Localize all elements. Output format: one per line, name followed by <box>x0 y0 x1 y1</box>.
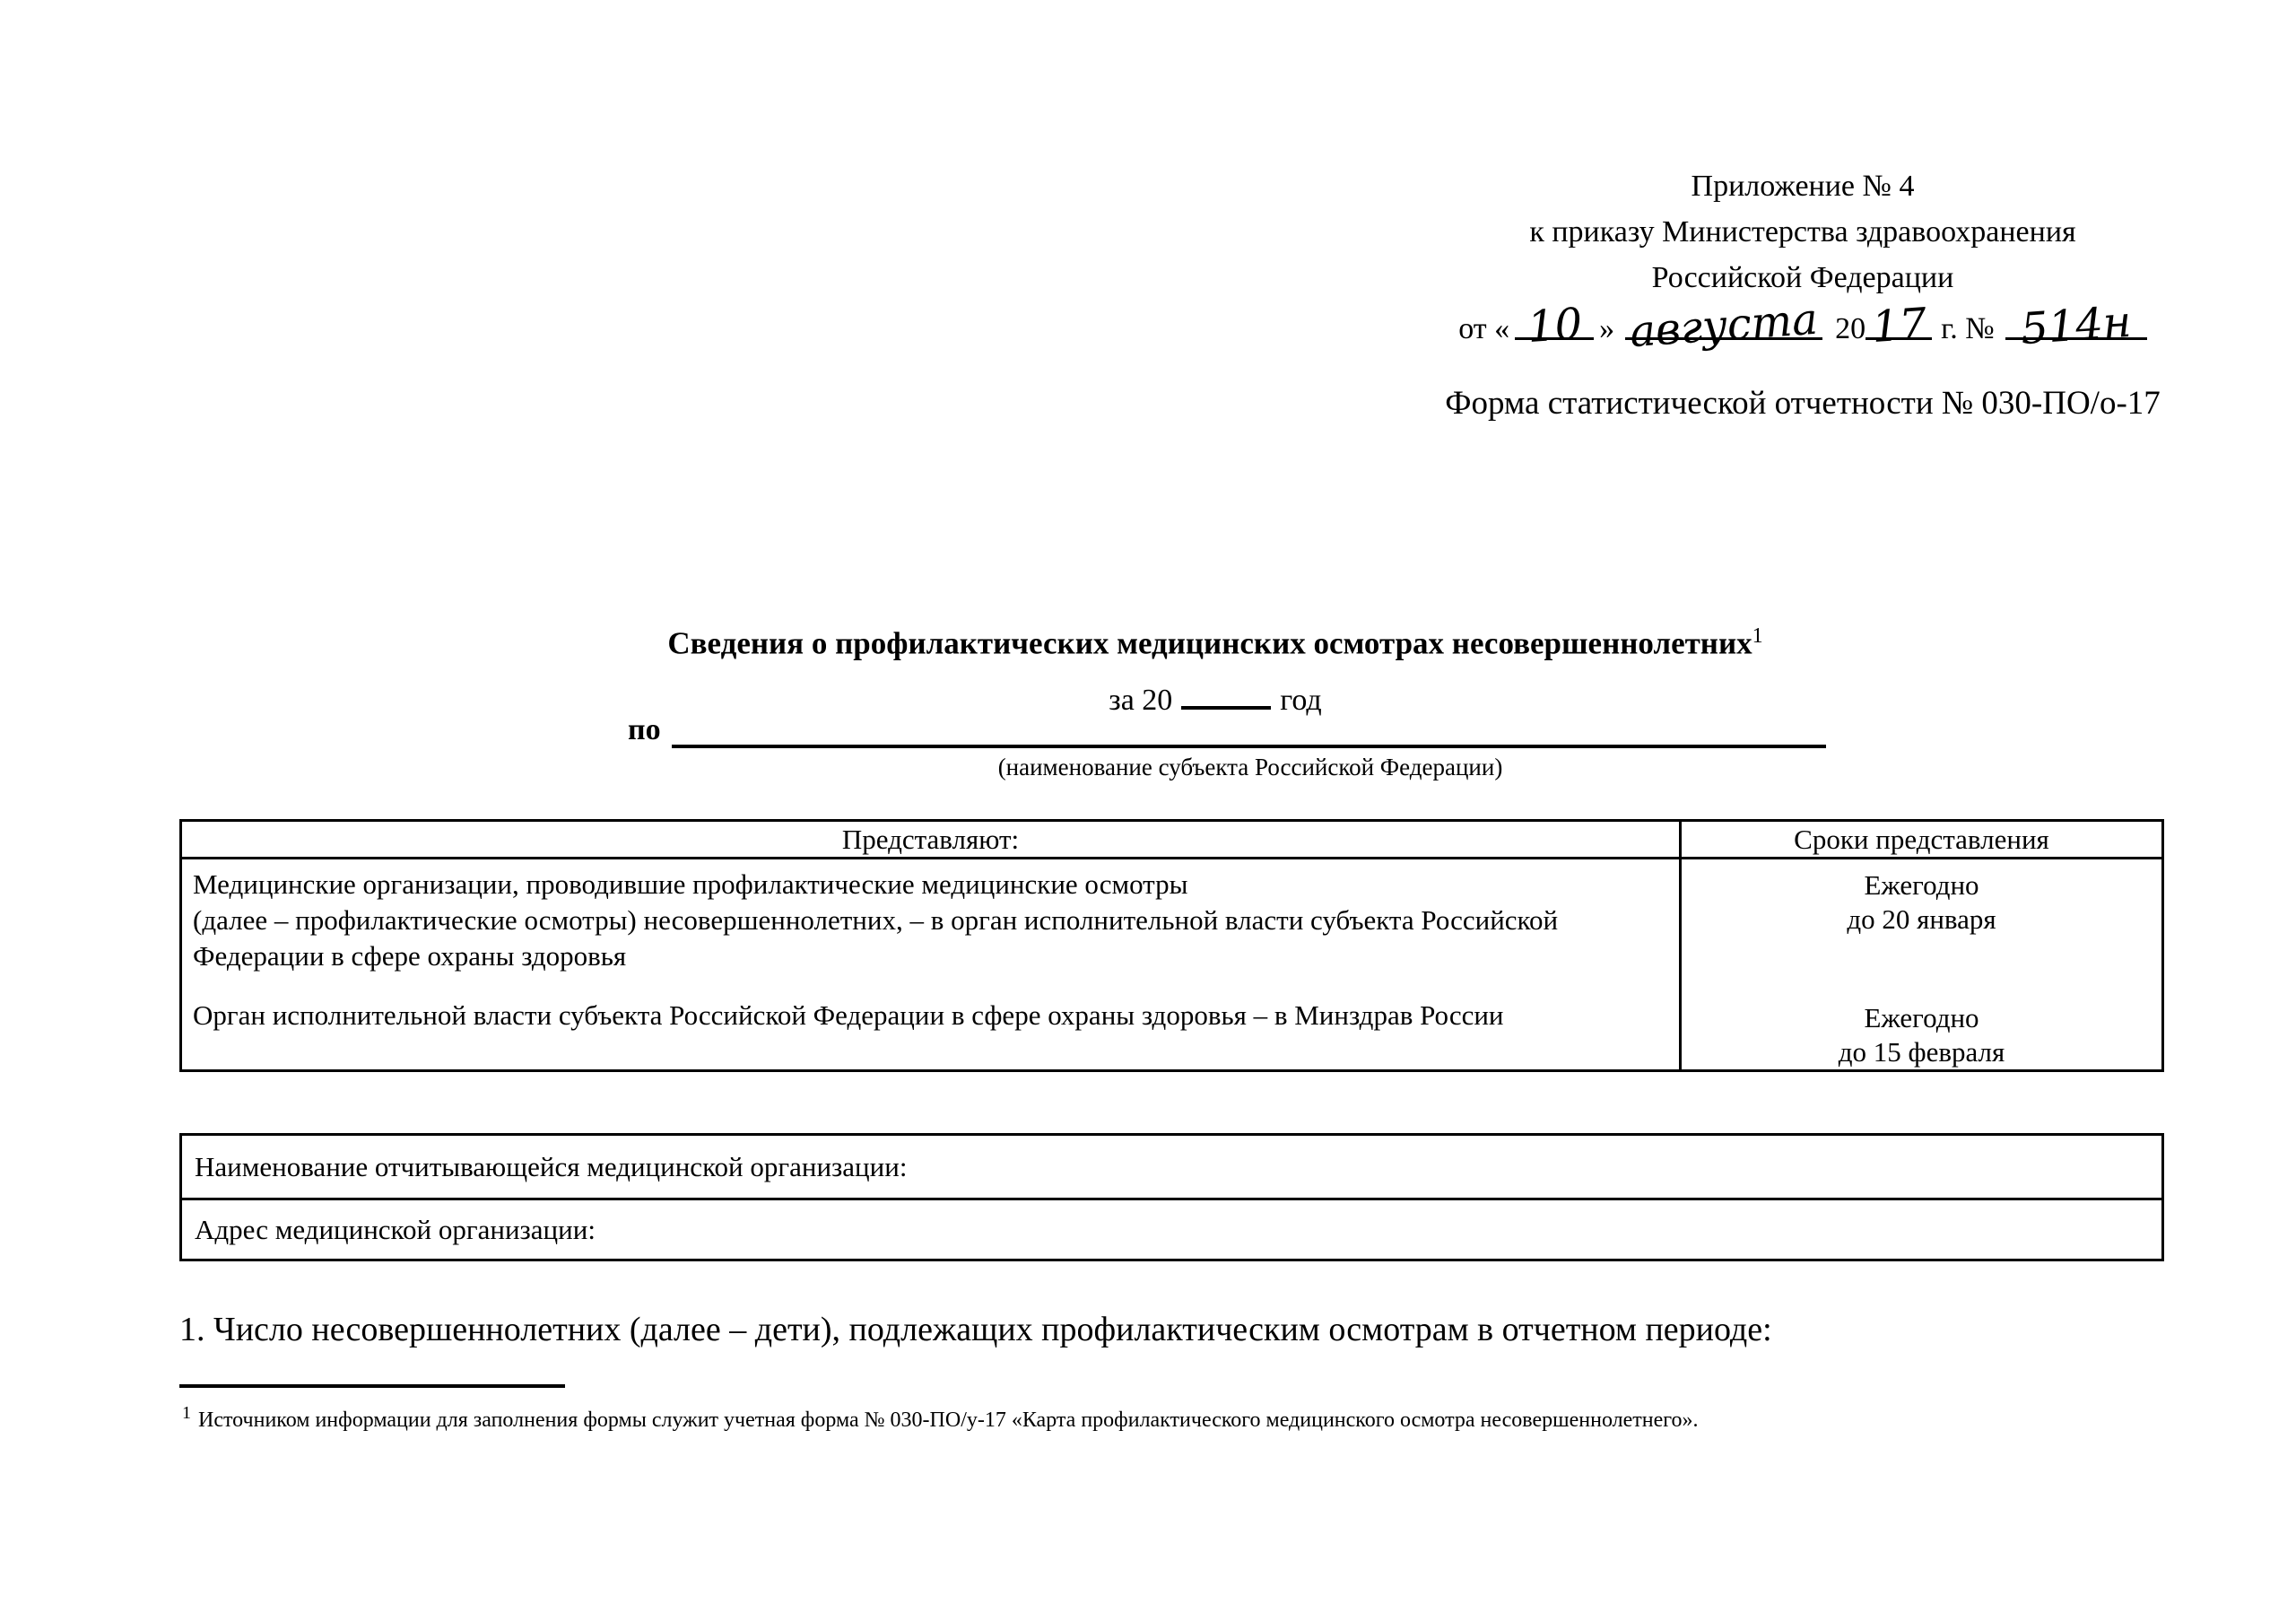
order-number-blank[interactable]: 514н <box>2005 302 2147 340</box>
deadline-cell: Ежегодно до 20 января <box>1679 859 2161 998</box>
handwritten-month: августа <box>1629 298 1820 354</box>
title-block: Сведения о профилактических медицинских … <box>179 617 2251 718</box>
date-year-prefix: 20 <box>1835 312 1865 345</box>
org-address-fill-area[interactable] <box>596 1200 2161 1259</box>
date-year-blank[interactable]: 17 <box>1865 302 1932 340</box>
form-code-line: Форма статистической отчетности № 030-ПО… <box>1345 384 2260 423</box>
document-page: Приложение № 4 к приказу Министерства зд… <box>0 0 2296 1622</box>
subject-name-blank[interactable] <box>672 712 1826 748</box>
presenter-cell: Медицинские организации, проводившие про… <box>182 859 1679 998</box>
federation-line: Российской Федерации <box>1345 255 2260 301</box>
date-mid-text: г. № <box>1941 312 1995 345</box>
date-prefix: от « <box>1458 312 1509 345</box>
subject-line: по <box>628 712 1826 748</box>
handwritten-year: 17 <box>1870 302 1927 349</box>
title-footnote-marker: 1 <box>1752 624 1763 648</box>
table-row: Орган исполнительной власти субъекта Рос… <box>182 998 2161 1069</box>
footnote: 1Источником информации для заполнения фо… <box>182 1400 2209 1434</box>
handwritten-day: 10 <box>1526 302 1583 349</box>
table-header-row: Представляют: Сроки представления <box>182 822 2161 859</box>
date-day-blank[interactable]: 10 <box>1515 302 1594 340</box>
appendix-number-line: Приложение № 4 <box>1345 163 2260 209</box>
date-close-quote: » <box>1599 312 1614 345</box>
header-block: Приложение № 4 к приказу Министерства зд… <box>1345 163 2260 423</box>
po-label: по <box>628 712 661 748</box>
footnote-text: Источником информации для заполнения фор… <box>198 1408 1699 1432</box>
col-header-deadlines: Сроки представления <box>1679 822 2161 857</box>
order-reference-line: к приказу Министерства здравоохранения <box>1345 209 2260 255</box>
org-name-label: Наименование отчитывающейся медицинской … <box>195 1151 907 1183</box>
presenter-cell: Орган исполнительной власти субъекта Рос… <box>182 998 1679 1069</box>
org-name-box: Наименование отчитывающейся медицинской … <box>179 1133 2164 1200</box>
presenters-table: Представляют: Сроки представления Медици… <box>179 819 2164 1072</box>
org-name-fill-area[interactable] <box>907 1136 2161 1198</box>
report-year-line: за 20год <box>179 676 2251 718</box>
section-1-heading: 1. Число несовершеннолетних (далее – дет… <box>179 1308 2269 1351</box>
document-title: Сведения о профилактических медицинских … <box>179 617 2251 663</box>
date-month-blank[interactable]: августа <box>1625 302 1822 340</box>
order-date-line: от «10»августа2017г. №514н <box>1345 302 2260 352</box>
year-blank[interactable] <box>1181 676 1271 710</box>
handwritten-order-number: 514н <box>2020 301 2133 351</box>
footnote-separator <box>179 1384 565 1388</box>
org-address-label: Адрес медицинской организации: <box>195 1214 596 1246</box>
col-header-presenters: Представляют: <box>182 822 1679 857</box>
deadline-cell: Ежегодно до 15 февраля <box>1679 998 2161 1069</box>
subject-caption: (наименование субъекта Российской Федера… <box>677 754 1823 781</box>
footnote-marker: 1 <box>182 1403 191 1423</box>
table-row: Медицинские организации, проводившие про… <box>182 859 2161 998</box>
org-address-box: Адрес медицинской организации: <box>179 1198 2164 1261</box>
